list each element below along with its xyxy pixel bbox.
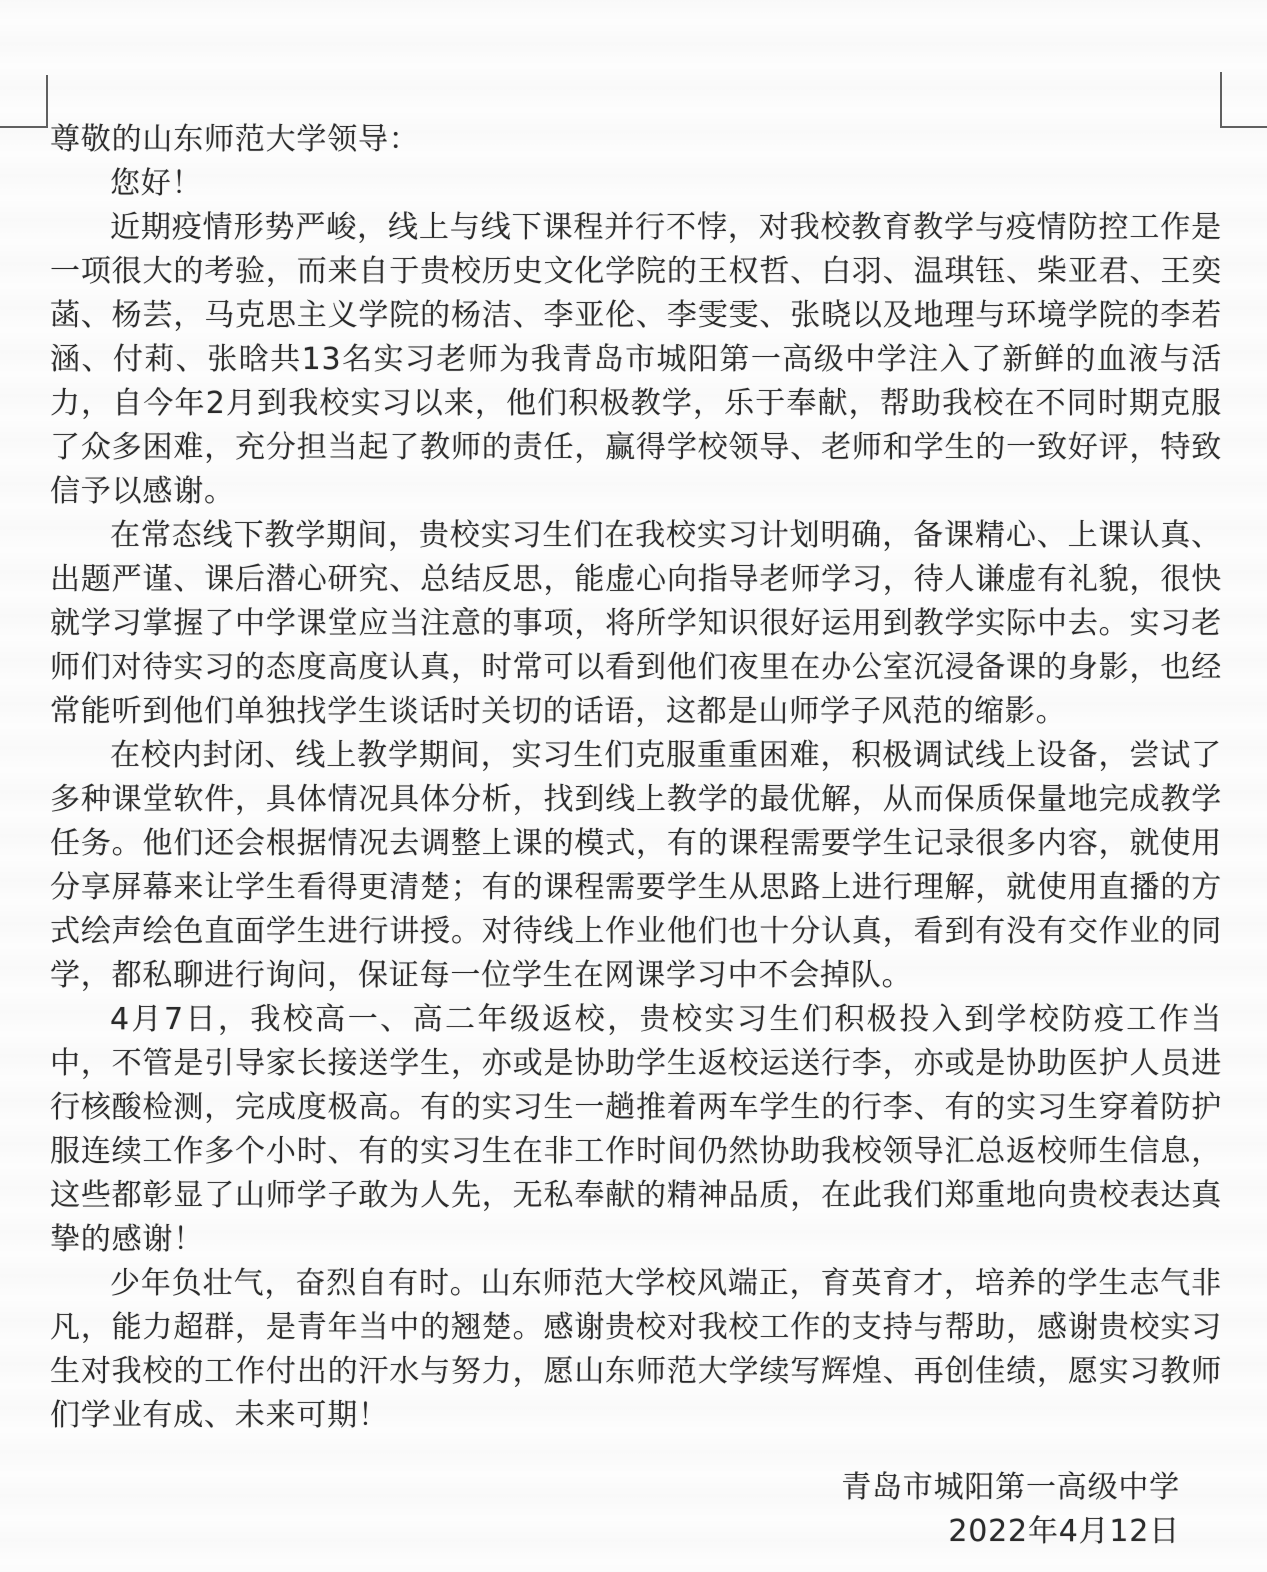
- scanned-letter-page: 尊敬的山东师范大学领导： 您好！ 近期疫情形势严峻，线上与线下课程并行不悖，对我…: [0, 0, 1267, 1572]
- signature-block: 青岛市城阳第一高级中学 2022年4月12日: [50, 1466, 1222, 1554]
- salutation-line: 尊敬的山东师范大学领导：: [50, 118, 1222, 162]
- letter-body: 尊敬的山东师范大学领导： 您好！ 近期疫情形势严峻，线上与线下课程并行不悖，对我…: [50, 118, 1222, 1554]
- body-paragraph: 少年负壮气，奋烈自有时。山东师范大学校风端正，育英育才，培养的学生志气非凡，能力…: [50, 1262, 1222, 1438]
- body-paragraph: 4月7日，我校高一、高二年级返校，贵校实习生们积极投入到学校防疫工作当中，不管是…: [50, 998, 1222, 1262]
- body-paragraph: 在校内封闭、线上教学期间，实习生们克服重重困难，积极调试线上设备，尝试了多种课堂…: [50, 734, 1222, 998]
- body-paragraph: 在常态线下教学期间，贵校实习生们在我校实习计划明确，备课精心、上课认真、出题严谨…: [50, 514, 1222, 734]
- date-line: 2022年4月12日: [50, 1510, 1180, 1554]
- greeting-line: 您好！: [50, 162, 1222, 206]
- crop-mark-top-left: [0, 75, 48, 128]
- signature-line: 青岛市城阳第一高级中学: [50, 1466, 1180, 1510]
- crop-mark-top-right: [1220, 72, 1267, 128]
- body-paragraph: 近期疫情形势严峻，线上与线下课程并行不悖，对我校教育教学与疫情防控工作是一项很大…: [50, 206, 1222, 514]
